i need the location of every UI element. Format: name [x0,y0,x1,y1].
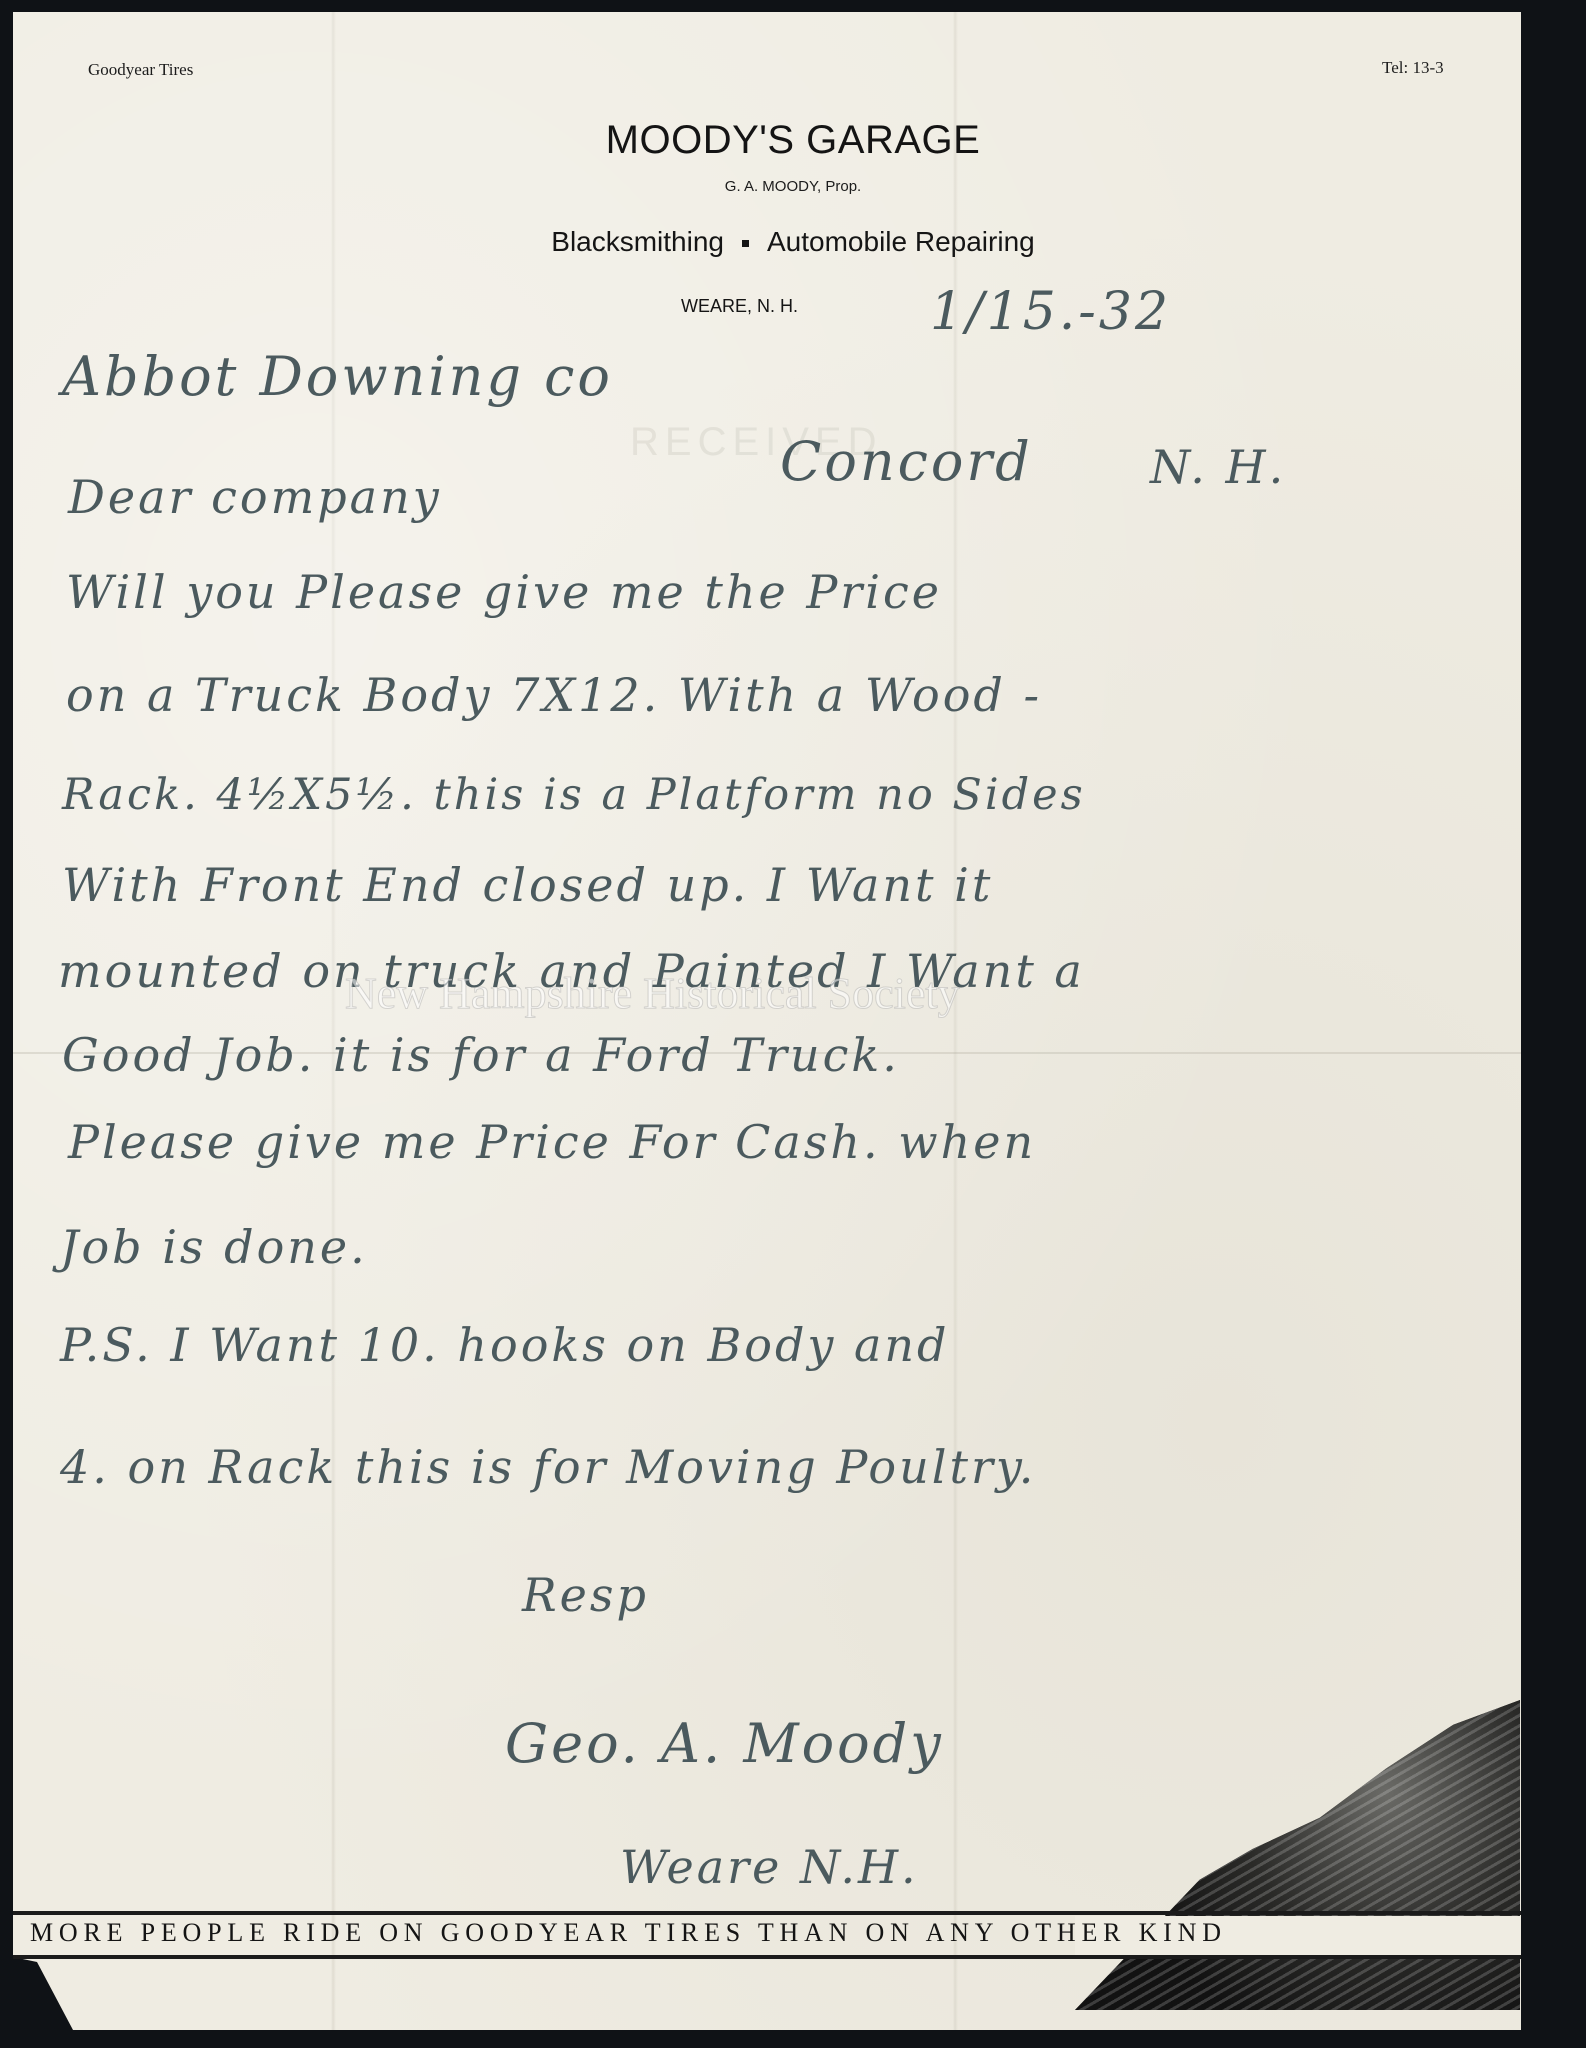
recipient-name: Abbot Downing co [62,345,613,408]
letter-date: 1/15.-32 [930,282,1171,342]
recipient-city: Concord [780,430,1033,493]
proprietor-line: G. A. MOODY, Prop. [0,178,1586,195]
body-line-3: Rack. 4½X5½. this is a Platform no Sides [62,770,1086,820]
body-line-7: Please give me Price For Cash. when [68,1115,1036,1169]
letterhead-location: WEARE, N. H. [681,296,798,317]
body-line-2: on a Truck Body 7X12. With a Wood - [66,668,1042,722]
body-line-1: Will you Please give me the Price [66,565,942,619]
recipient-state: N. H. [1150,440,1286,494]
body-line-4: With Front End closed up. I Want it [62,858,993,912]
footer-top-rule [13,1911,1521,1915]
salutation: Dear company [68,470,442,524]
service-automobile-repairing: Automobile Repairing [767,226,1035,257]
separator-dot [742,240,749,247]
postscript-line-2: 4. on Rack this is for Moving Poultry. [60,1440,1036,1494]
signature: Geo. A. Moody [505,1712,944,1775]
services-line: BlacksmithingAutomobile Repairing [0,226,1586,258]
business-name: MOODY'S GARAGE [0,118,1586,163]
body-line-6: Good Job. it is for a Ford Truck. [62,1028,900,1082]
goodyear-slogan: MORE PEOPLE RIDE ON GOODYEAR TIRES THAN … [30,1918,1227,1948]
nhhs-watermark: New Hampshire Historical Society [345,968,960,1019]
body-line-8: Job is done. [60,1220,368,1274]
postscript-line-1: P.S. I Want 10. hooks on Body and [60,1318,950,1372]
signature-place: Weare N.H. [620,1840,919,1894]
footer-bottom-rule [13,1955,1521,1959]
service-blacksmithing: Blacksmithing [551,226,724,257]
closing: Resp [522,1568,649,1622]
telephone-number: Tel: 13-3 [1382,58,1444,78]
goodyear-tires-tag: Goodyear Tires [88,60,193,80]
